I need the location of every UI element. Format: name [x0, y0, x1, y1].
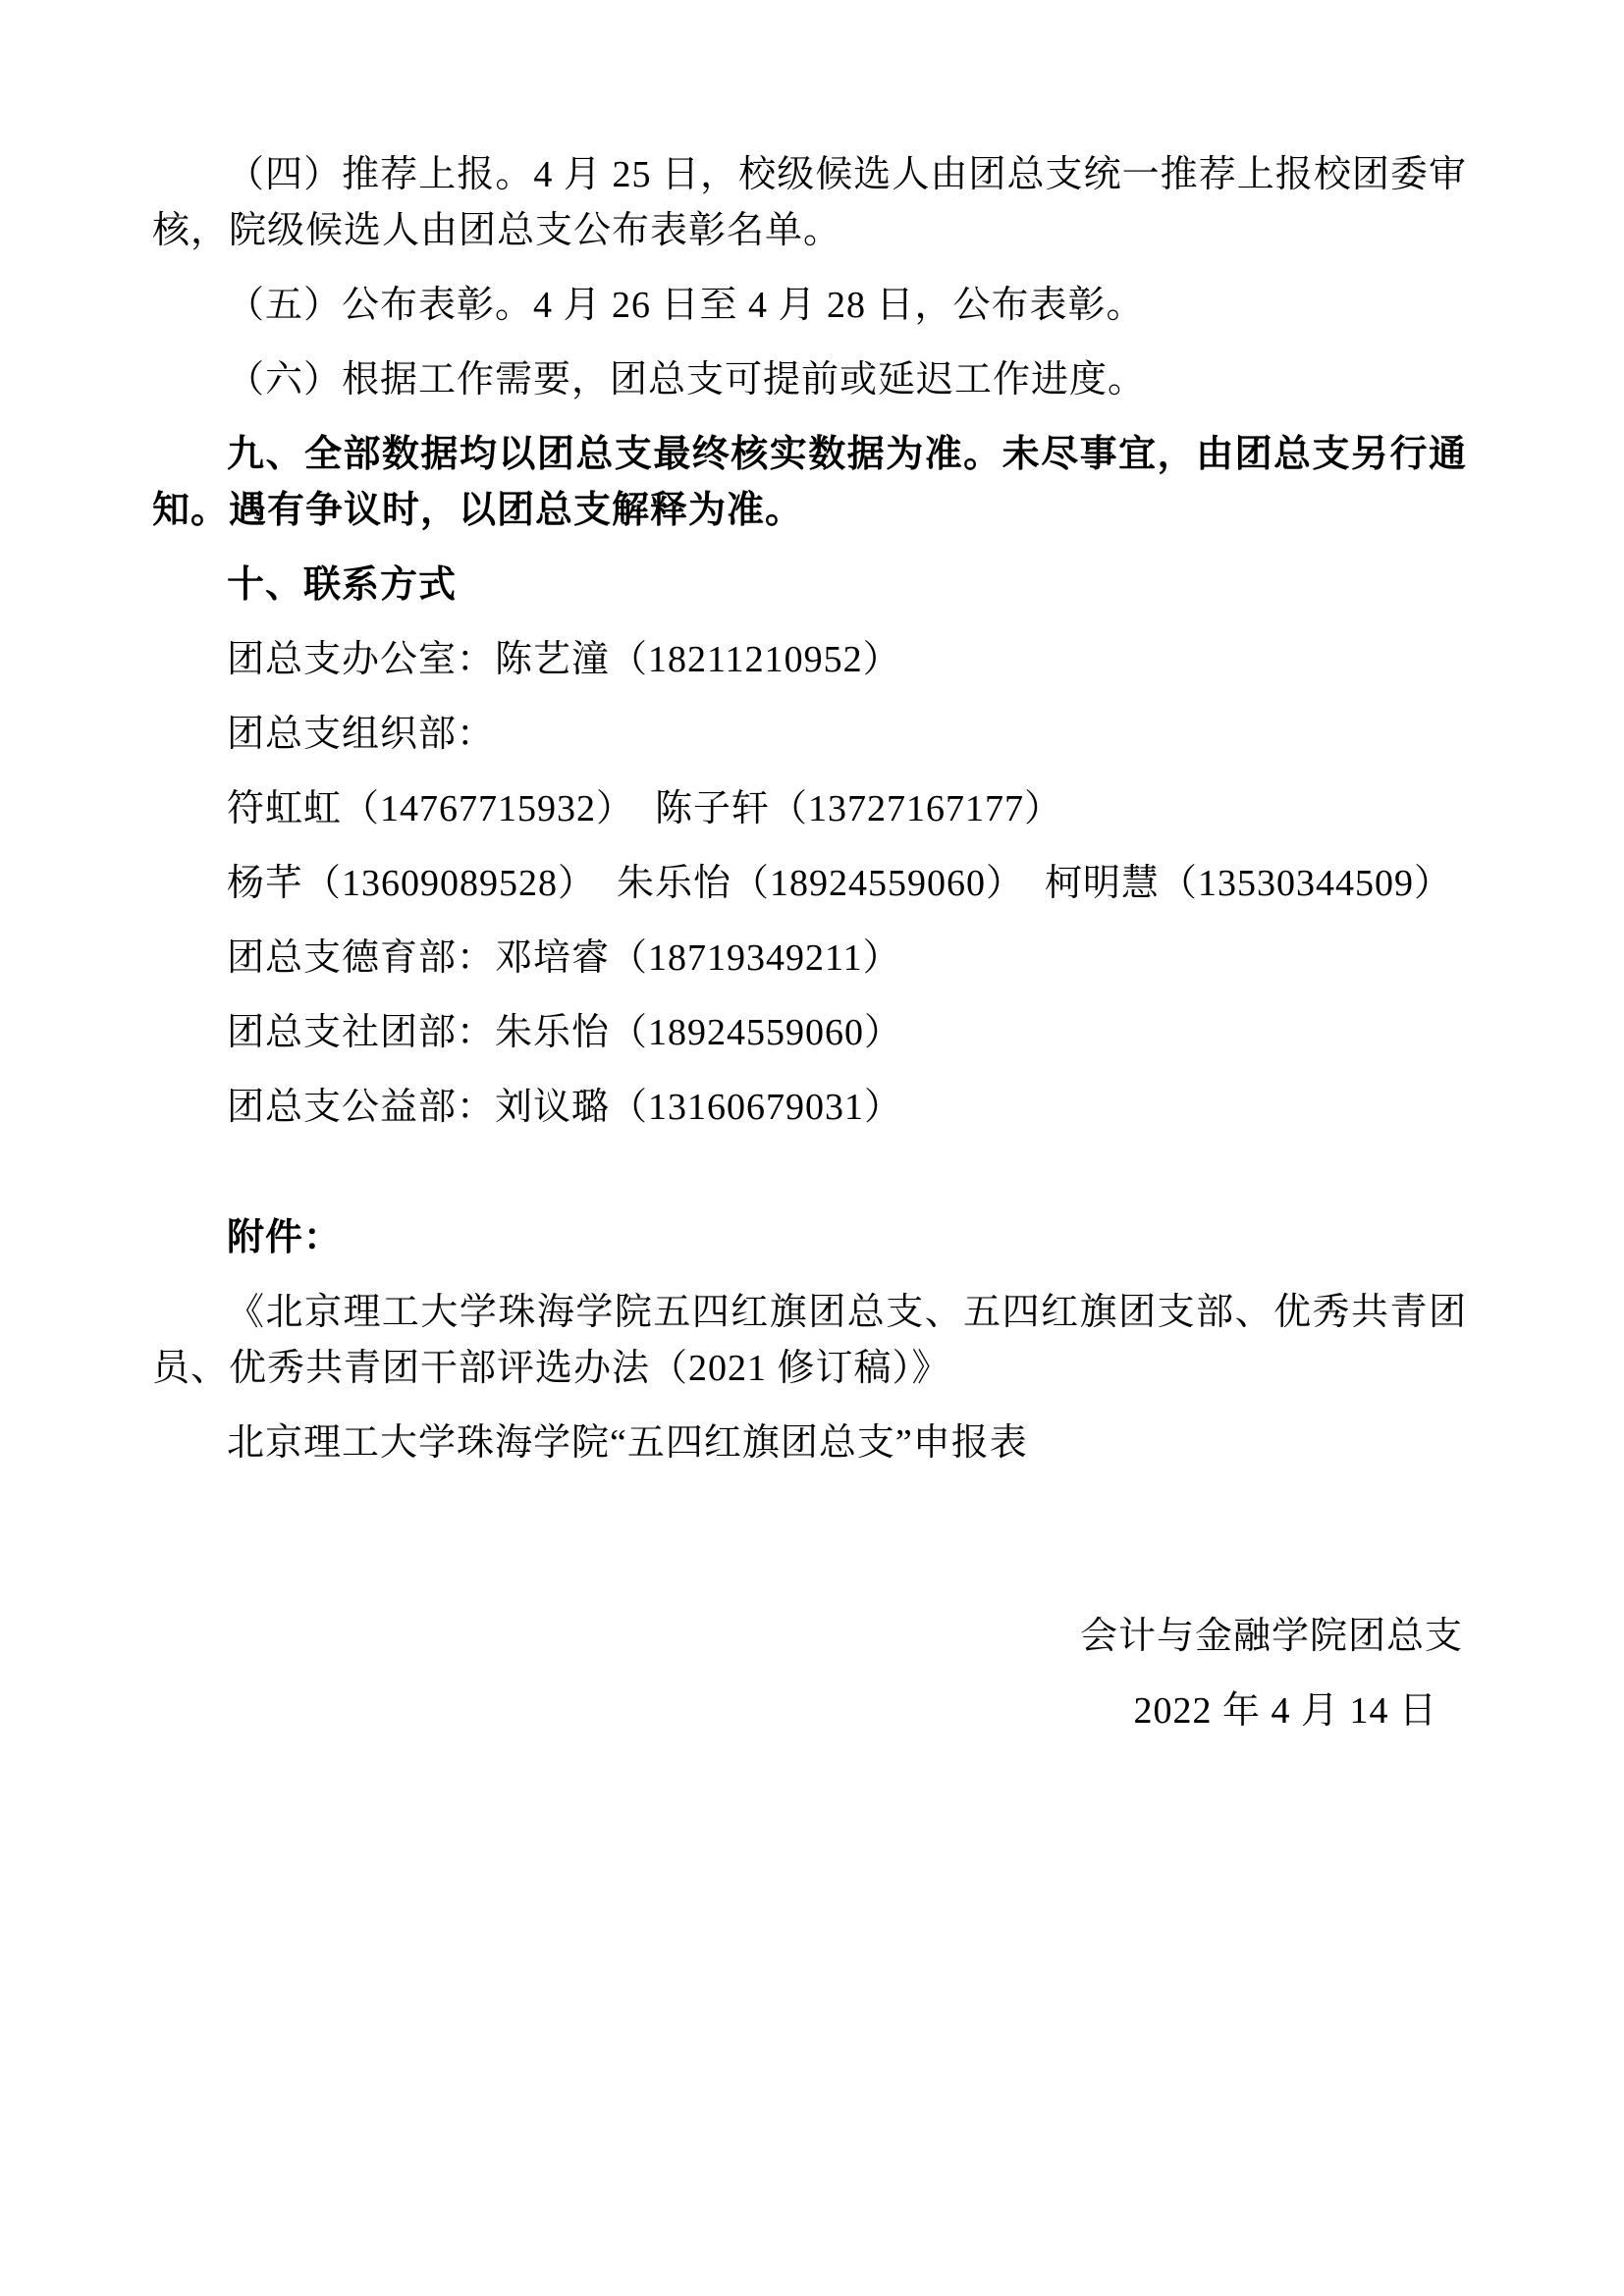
- contact-line-club-dept: 团总支社团部：朱乐怡（18924559060）: [152, 1005, 1467, 1061]
- attachments-label: 附件：: [152, 1210, 1467, 1266]
- para-section-6-adjust: （六）根据工作需要，团总支可提前或延迟工作进度。: [152, 352, 1467, 408]
- attachments-section: 附件： 《北京理工大学珠海学院五四红旗团总支、五四红旗团支部、优秀共青团员、优秀…: [152, 1210, 1467, 1471]
- attachment-item-application-form: 北京理工大学珠海学院“五四红旗团总支”申报表: [152, 1415, 1467, 1471]
- contact-line-office: 团总支办公室：陈艺潼（18211210952）: [152, 632, 1467, 688]
- para-section-10-contact-heading: 十、联系方式: [152, 558, 1467, 614]
- para-section-9-data-final: 九、全部数据均以团总支最终核实数据为准。未尽事宜，由团总支另行通知。遇有争议时，…: [152, 427, 1467, 539]
- contact-line-org-members-2: 杨芊（13609089528） 朱乐怡（18924559060） 柯明慧（135…: [152, 856, 1467, 912]
- para-section-4-recommend: （四）推荐上报。4 月 25 日，校级候选人由团总支统一推荐上报校团委审核，院级…: [152, 147, 1467, 259]
- contact-line-org-members-1: 符虹虹（14767715932） 陈子轩（13727167177）: [152, 781, 1467, 837]
- attachment-item-measures: 《北京理工大学珠海学院五四红旗团总支、五四红旗团支部、优秀共青团员、优秀共青团干…: [152, 1285, 1467, 1397]
- contact-line-moral-dept: 团总支德育部：邓培睿（18719349211）: [152, 931, 1467, 987]
- contact-line-welfare-dept: 团总支公益部：刘议璐（13160679031）: [152, 1080, 1467, 1136]
- document-page: （四）推荐上报。4 月 25 日，校级候选人由团总支统一推荐上报校团委审核，院级…: [0, 0, 1624, 2296]
- signature-block: 会计与金融学院团总支 2022 年 4 月 14 日: [152, 1609, 1467, 1739]
- signature-date: 2022 年 4 月 14 日: [152, 1683, 1467, 1739]
- contact-line-org-dept: 团总支组织部：: [152, 707, 1467, 763]
- para-section-5-announce: （五）公布表彰。4 月 26 日至 4 月 28 日，公布表彰。: [152, 278, 1467, 334]
- signature-org: 会计与金融学院团总支: [152, 1609, 1467, 1665]
